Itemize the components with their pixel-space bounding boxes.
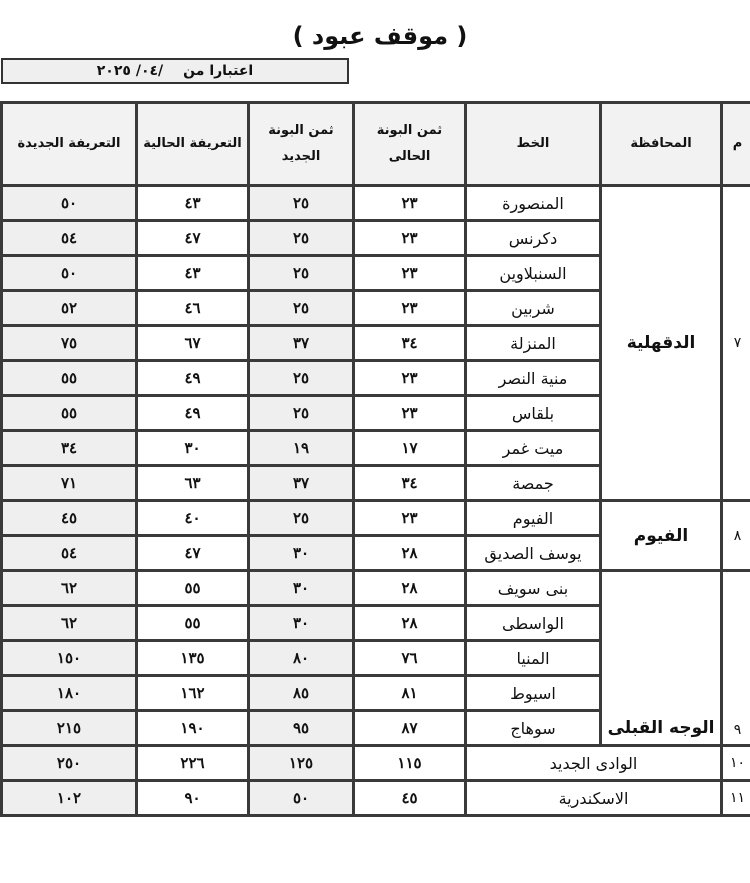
header-current-coupon: ثمن البونة الحالى	[354, 103, 466, 186]
current-coupon-cell: ١١٥	[354, 746, 466, 781]
line-cell: السنبلاوين	[466, 256, 601, 291]
current-tariff-cell: ١٣٥	[137, 641, 249, 676]
row-index: ١١	[722, 781, 750, 816]
line-cell: بنى سويف	[466, 571, 601, 606]
new-coupon-cell: ٢٥	[249, 291, 354, 326]
new-tariff-cell: ٥٥	[2, 361, 137, 396]
new-coupon-cell: ٢٥	[249, 186, 354, 221]
current-tariff-cell: ٤٦	[137, 291, 249, 326]
current-tariff-cell: ٩٠	[137, 781, 249, 816]
new-tariff-cell: ٤٥	[2, 501, 137, 536]
header-new-tariff: التعريفة الجديدة	[2, 103, 137, 186]
governorate-cell: الوجه القبلى	[601, 571, 722, 746]
new-coupon-cell: ٣٧	[249, 326, 354, 361]
table-row: ١٠الوادى الجديد١١٥١٢٥٢٢٦٢٥٠	[2, 746, 750, 781]
line-cell: سوهاج	[466, 711, 601, 746]
current-coupon-cell: ٢٣	[354, 361, 466, 396]
new-tariff-cell: ٥٢	[2, 291, 137, 326]
line-cell: الاسكندرية	[466, 781, 722, 816]
current-tariff-cell: ٤٩	[137, 396, 249, 431]
current-tariff-cell: ٤٣	[137, 186, 249, 221]
tariff-table: م المحافظة الخط ثمن البونة الحالى ثمن ال…	[0, 101, 750, 817]
current-coupon-cell: ٢٨	[354, 571, 466, 606]
header-current-tariff: التعريفة الحالية	[137, 103, 249, 186]
current-tariff-cell: ١٩٠	[137, 711, 249, 746]
header-governorate: المحافظة	[601, 103, 722, 186]
new-tariff-cell: ١٥٠	[2, 641, 137, 676]
new-tariff-cell: ٧١	[2, 466, 137, 501]
new-tariff-cell: ٦٢	[2, 606, 137, 641]
new-coupon-cell: ٣٠	[249, 606, 354, 641]
current-coupon-cell: ٢٨	[354, 536, 466, 571]
new-tariff-cell: ٣٤	[2, 431, 137, 466]
current-coupon-cell: ٢٣	[354, 396, 466, 431]
current-coupon-cell: ٣٤	[354, 466, 466, 501]
row-index: ٩	[722, 571, 750, 746]
governorate-cell: الفيوم	[601, 501, 722, 571]
line-cell: اسيوط	[466, 676, 601, 711]
row-index: ٨	[722, 501, 750, 571]
current-tariff-cell: ٦٣	[137, 466, 249, 501]
line-cell: المنيا	[466, 641, 601, 676]
current-tariff-cell: ٤٩	[137, 361, 249, 396]
new-coupon-cell: ٣٧	[249, 466, 354, 501]
new-tariff-cell: ٥٥	[2, 396, 137, 431]
header-line: الخط	[466, 103, 601, 186]
current-coupon-cell: ٢٣	[354, 221, 466, 256]
table-row: ٨الفيومالفيوم٢٣٢٥٤٠٤٥	[2, 501, 750, 536]
line-cell: المنصورة	[466, 186, 601, 221]
new-tariff-cell: ٦٢	[2, 571, 137, 606]
current-coupon-cell: ١٧	[354, 431, 466, 466]
current-coupon-cell: ٢٣	[354, 291, 466, 326]
new-coupon-cell: ٨٠	[249, 641, 354, 676]
new-coupon-cell: ٥٠	[249, 781, 354, 816]
document-title: ( موقف عبود )	[290, 22, 470, 50]
new-coupon-cell: ٢٥	[249, 396, 354, 431]
current-tariff-cell: ٦٧	[137, 326, 249, 361]
new-coupon-cell: ٢٥	[249, 221, 354, 256]
new-tariff-cell: ٥٤	[2, 221, 137, 256]
current-tariff-cell: ٤٠	[137, 501, 249, 536]
row-index: ١٠	[722, 746, 750, 781]
current-coupon-cell: ٢٣	[354, 501, 466, 536]
current-tariff-cell: ٥٥	[137, 571, 249, 606]
line-cell: شربين	[466, 291, 601, 326]
new-tariff-cell: ١٠٢	[2, 781, 137, 816]
current-coupon-cell: ٤٥	[354, 781, 466, 816]
line-cell: جمصة	[466, 466, 601, 501]
new-coupon-cell: ١٢٥	[249, 746, 354, 781]
new-coupon-cell: ٨٥	[249, 676, 354, 711]
new-coupon-cell: ٣٠	[249, 536, 354, 571]
current-coupon-cell: ٧٦	[354, 641, 466, 676]
line-cell: الفيوم	[466, 501, 601, 536]
table-row: ٩الوجه القبلىبنى سويف٢٨٣٠٥٥٦٢	[2, 571, 750, 606]
table-header-row: م المحافظة الخط ثمن البونة الحالى ثمن ال…	[2, 103, 750, 186]
effective-date-box: اعتبارا من /٠٤/ ٢٠٢٥	[1, 58, 349, 84]
header-index: م	[722, 103, 750, 186]
line-cell: المنزلة	[466, 326, 601, 361]
current-tariff-cell: ٥٥	[137, 606, 249, 641]
new-tariff-cell: ٥٤	[2, 536, 137, 571]
current-coupon-cell: ٢٨	[354, 606, 466, 641]
header-new-coupon: ثمن البونة الجديد	[249, 103, 354, 186]
new-tariff-cell: ٢٥٠	[2, 746, 137, 781]
current-tariff-cell: ٤٣	[137, 256, 249, 291]
new-tariff-cell: ٥٠	[2, 186, 137, 221]
current-tariff-cell: ٤٧	[137, 221, 249, 256]
new-coupon-cell: ٩٥	[249, 711, 354, 746]
current-tariff-cell: ٢٢٦	[137, 746, 249, 781]
new-coupon-cell: ٣٠	[249, 571, 354, 606]
new-tariff-cell: ٥٠	[2, 256, 137, 291]
effective-date: /٠٤/ ٢٠٢٥	[97, 63, 163, 79]
current-coupon-cell: ٨١	[354, 676, 466, 711]
current-coupon-cell: ٨٧	[354, 711, 466, 746]
new-tariff-cell: ١٨٠	[2, 676, 137, 711]
new-tariff-cell: ٢١٥	[2, 711, 137, 746]
new-coupon-cell: ٢٥	[249, 361, 354, 396]
table-row: ٧الدقهليةالمنصورة٢٣٢٥٤٣٥٠	[2, 186, 750, 221]
governorate-cell: الدقهلية	[601, 186, 722, 501]
new-coupon-cell: ٢٥	[249, 501, 354, 536]
current-coupon-cell: ٢٣	[354, 256, 466, 291]
current-coupon-cell: ٣٤	[354, 326, 466, 361]
line-cell: بلقاس	[466, 396, 601, 431]
line-cell: الواسطى	[466, 606, 601, 641]
new-coupon-cell: ١٩	[249, 431, 354, 466]
current-tariff-cell: ٤٧	[137, 536, 249, 571]
table-row: ١١الاسكندرية٤٥٥٠٩٠١٠٢	[2, 781, 750, 816]
current-tariff-cell: ١٦٢	[137, 676, 249, 711]
line-cell: يوسف الصديق	[466, 536, 601, 571]
effective-label: اعتبارا من	[183, 63, 253, 79]
current-coupon-cell: ٢٣	[354, 186, 466, 221]
line-cell: دكرنس	[466, 221, 601, 256]
line-cell: ميت غمر	[466, 431, 601, 466]
line-cell: منية النصر	[466, 361, 601, 396]
row-index: ٧	[722, 186, 750, 501]
current-tariff-cell: ٣٠	[137, 431, 249, 466]
new-coupon-cell: ٢٥	[249, 256, 354, 291]
line-cell: الوادى الجديد	[466, 746, 722, 781]
new-tariff-cell: ٧٥	[2, 326, 137, 361]
